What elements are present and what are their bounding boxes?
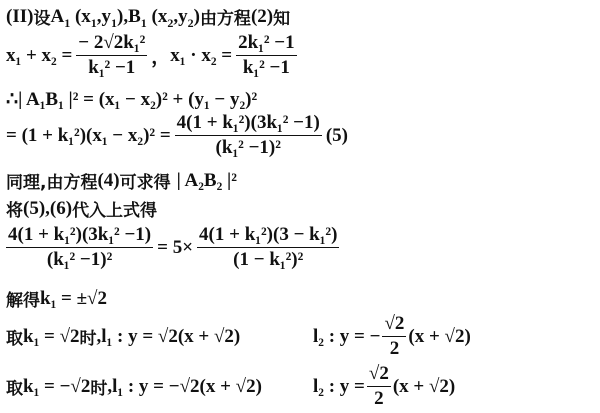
equation-ref: (2) (251, 6, 273, 28)
cjk-text: 取 (6, 374, 23, 399)
cjk-text: 代入上式得 (72, 196, 157, 221)
line-l2: l₂ : y = − √2 2 (x + √2) (313, 313, 471, 360)
equation-refs: (5),(6) (23, 198, 72, 220)
line-case-negative: 取 k₁ = −√2 时 ,l₁ : y = −√2(x + √2) l₂ : … (6, 374, 262, 399)
equals-five-times: = 5× (157, 237, 193, 259)
fraction-left: 4(1 + k₁²)(3k₁² −1) (k₁² −1)² (6, 224, 153, 271)
distance-expression: | A₁B₁ |² = (x₁ − x₂)² + (y₁ − y₂)² (18, 89, 257, 111)
line-case-positive: 取 k₁ = √2 时 ,l₁ : y = √2(x + √2) l₂ : y … (6, 324, 240, 349)
line-solution: 解得 k₁ = ±√2 (6, 286, 107, 311)
fraction-product: 2k₁² −1 k₁² −1 (236, 32, 297, 79)
cjk-text: 将 (6, 196, 23, 221)
cjk-text: 取 (6, 324, 23, 349)
cjk-text: 知 (273, 4, 290, 29)
fraction-sqrt2-over-2: √2 2 (367, 363, 391, 410)
condition: k₁ = −√2 (23, 376, 90, 398)
cjk-text: 设 (33, 4, 50, 29)
cjk-text: 由方程 (200, 4, 251, 29)
fraction-sum: − 2√2k₁² k₁² −1 (76, 32, 147, 79)
line-distance-a1b1: ∴ | A₁B₁ |² = (x₁ − x₂)² + (y₁ − y₂)² (6, 88, 257, 111)
line-l1: ,l₁ : y = −√2(x + √2) (107, 376, 262, 398)
equation-ref: (4) (97, 170, 119, 192)
therefore-symbol: ∴ (6, 88, 18, 111)
cjk-text: 解得 (6, 286, 40, 311)
cjk-text: 同理,由方程 (6, 168, 97, 193)
distance-a2b2: | A₂B₂ |² (177, 170, 237, 192)
product-lhs: x₁ · x₂ = (170, 45, 232, 67)
solution-expression: k₁ = ±√2 (40, 288, 107, 310)
line-l1: ,l₁ : y = √2(x + √2) (97, 326, 241, 348)
cjk-text: 时 (90, 374, 107, 399)
line-substitute: 将 (5),(6) 代入上式得 (6, 196, 157, 221)
line-l2: l₂ : y = √2 2 (x + √2) (313, 363, 455, 410)
condition: k₁ = √2 (23, 326, 80, 348)
equation-label: (5) (326, 125, 348, 147)
fraction-right: 4(1 + k₁²)(3 − k₁²) (1 − k₁²)² (197, 224, 339, 271)
sum-lhs: x₁ + x₂ = (6, 45, 72, 67)
expansion-lhs: = (1 + k₁²)(x₁ − x₂)² = (6, 125, 171, 147)
fraction-sqrt2-over-2: √2 2 (382, 313, 406, 360)
part-label: (II) (6, 6, 33, 28)
point-a1: A1 (x1,y1), (50, 6, 128, 28)
line-distance-result: = (1 + k₁²)(x₁ − x₂)² = 4(1 + k₁²)(3k₁² … (6, 112, 348, 159)
line-equation: 4(1 + k₁²)(3k₁² −1) (k₁² −1)² = 5× 4(1 +… (6, 224, 343, 271)
line-vieta: x₁ + x₂ = − 2√2k₁² k₁² −1 ， x₁ · x₂ = 2k… (6, 32, 301, 79)
line-similarly: 同理,由方程 (4) 可求得 | A₂B₂ |² (6, 168, 237, 193)
separator: ， (151, 42, 170, 69)
point-b1: B1 (x2,y2) (128, 6, 200, 28)
fraction-distance: 4(1 + k₁²)(3k₁² −1) (k₁² −1)² (175, 112, 322, 159)
line-setup: (II) 设 A1 (x1,y1), B1 (x2,y2) 由方程 (2) 知 (6, 4, 290, 29)
cjk-text: 可求得 (120, 168, 171, 193)
cjk-text: 时 (80, 324, 97, 349)
